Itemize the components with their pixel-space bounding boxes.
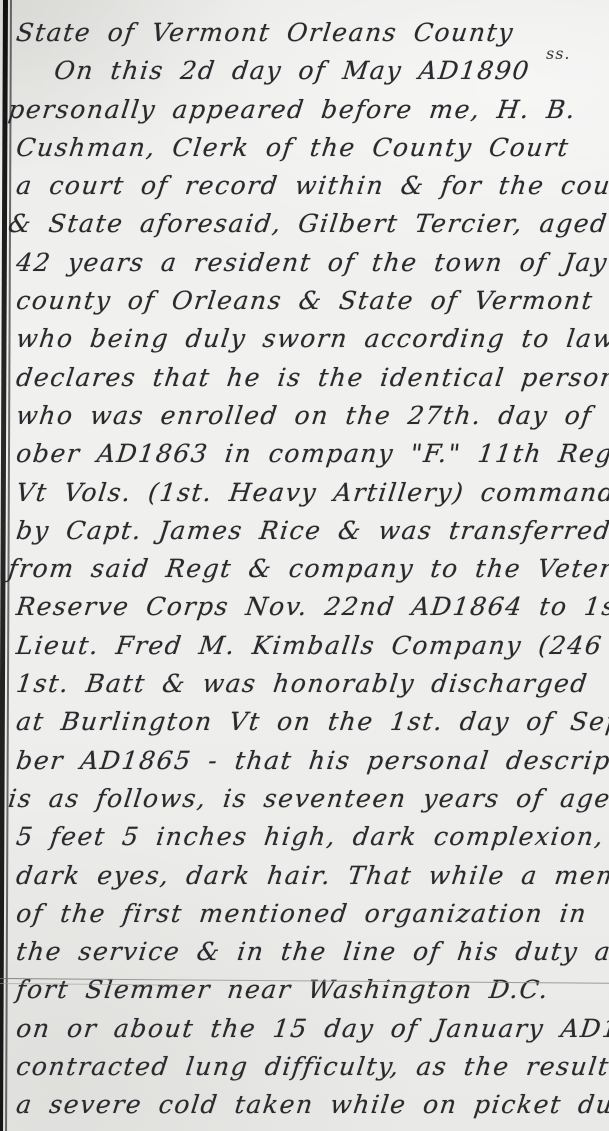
handwritten-line: Vt Vols. (1st. Heavy Artillery) commande… [14, 474, 609, 512]
handwritten-line: ober AD1863 in company "F." 11th Regt [14, 435, 609, 473]
handwritten-line: 5 feet 5 inches high, dark complexion, [14, 818, 609, 856]
handwritten-line: & State aforesaid, Gilbert Tercier, aged [6, 205, 609, 243]
handwritten-text-block: State of Vermont Orleans County On this … [14, 14, 609, 1125]
handwritten-line: 1st. Batt & was honorably discharged [14, 665, 609, 703]
handwritten-line: fort Slemmer near Washington D.C. [14, 971, 609, 1009]
handwritten-line: Lieut. Fred M. Kimballs Company (246 [14, 627, 609, 665]
handwritten-line: of the first mentioned organization in [14, 895, 609, 933]
handwritten-line: the service & in the line of his duty at [14, 933, 609, 971]
handwritten-line: by Capt. James Rice & was transferred [14, 512, 609, 550]
handwritten-line: personally appeared before me, H. B. [6, 91, 609, 129]
handwritten-line: 42 years a resident of the town of Jay [14, 244, 609, 282]
handwritten-line: ber AD1865 - that his personal descripti… [14, 742, 609, 780]
handwritten-line: who being duly sworn according to law [14, 320, 609, 358]
scanned-page: ss. State of Vermont Orleans County On t… [0, 0, 609, 1131]
handwritten-line: Cushman, Clerk of the County Court [14, 129, 609, 167]
handwritten-line: on or about the 15 day of January AD1864… [14, 1010, 609, 1048]
handwritten-line: from said Regt & company to the Veteran [6, 550, 609, 588]
handwritten-line: State of Vermont Orleans County [14, 14, 609, 52]
handwritten-line: On this 2d day of May AD1890 [14, 52, 609, 90]
handwritten-line: who was enrolled on the 27th. day of Oct… [14, 397, 609, 435]
handwritten-line: declares that he is the identical person [14, 359, 609, 397]
handwritten-line: a severe cold taken while on picket duty [14, 1086, 609, 1124]
handwritten-line: Reserve Corps Nov. 22nd AD1864 to 1st, [14, 588, 609, 626]
handwritten-line: dark eyes, dark hair. That while a membe… [14, 857, 609, 895]
handwritten-line: a court of record within & for the count [14, 167, 609, 205]
handwritten-line: at Burlington Vt on the 1st. day of Sept… [14, 703, 609, 741]
handwritten-line: county of Orleans & State of Vermont [14, 282, 609, 320]
handwritten-line: is as follows, is seventeen years of age [6, 780, 609, 818]
handwritten-line: contracted lung difficulty, as the resul… [14, 1048, 609, 1086]
